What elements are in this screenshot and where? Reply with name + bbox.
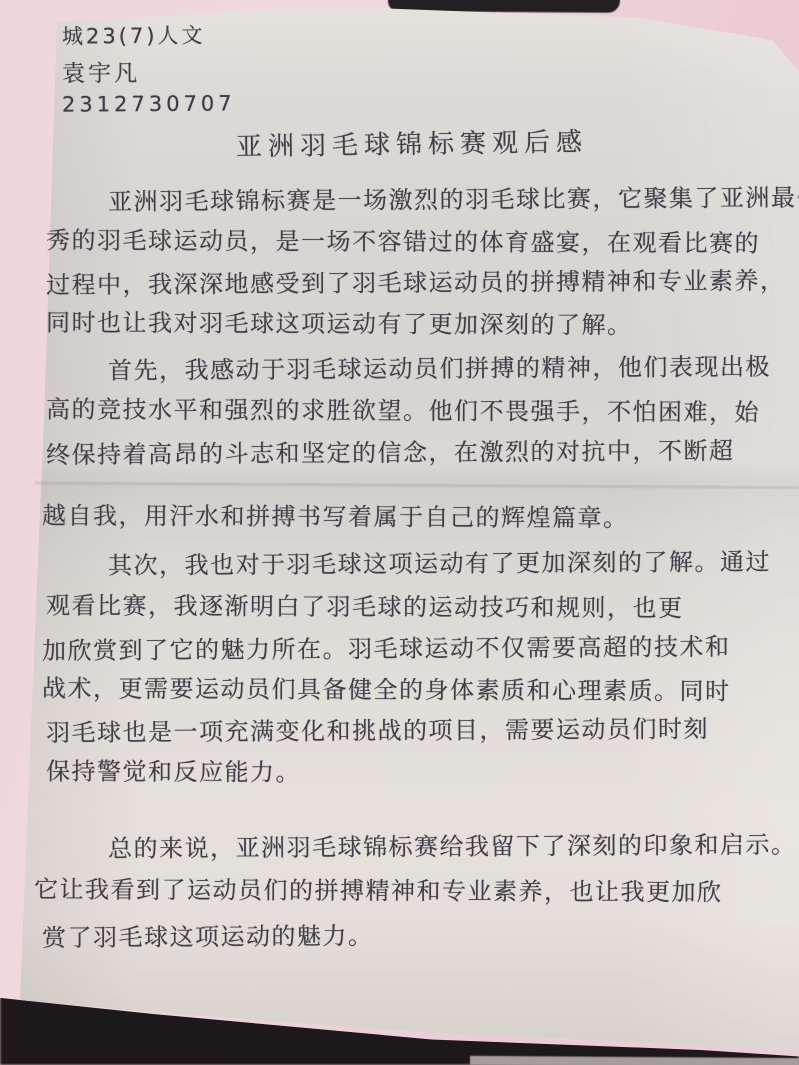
essay-title: 亚洲羽毛球锦标赛观后感: [236, 122, 588, 164]
essay-text-layer: 城23(7)人文 袁宇凡 2312730707 亚洲羽毛球锦标赛观后感 亚洲羽毛…: [0, 0, 799, 1065]
essay-line: 同时也让我对羽毛球这项运动有了更加深刻的了解。: [46, 303, 633, 341]
essay-line: 战术，更需要运动员们具备健全的身体素质和心理素质。同时: [42, 668, 731, 706]
essay-line: 加欣赏到了它的魅力所在。羽毛球运动不仅需要高超的技术和: [42, 627, 731, 666]
essay-line: 秀的羽毛球运动员，是一场不容错过的体育盛宴，在观看比赛的: [46, 220, 760, 258]
essay-line: 越自我，用汗水和拼搏书写着属于自己的辉煌篇章。: [42, 496, 629, 534]
header-student-id: 2312730707: [62, 91, 236, 116]
essay-line: 保持警觉和反应能力。: [46, 751, 301, 787]
photo-background: 城23(7)人文 袁宇凡 2312730707 亚洲羽毛球锦标赛观后感 亚洲羽毛…: [0, 0, 799, 1065]
essay-line: 它让我看到了运动员们的拼搏精神和专业素养，也让我更加欣: [34, 869, 723, 907]
essay-line: 首先，我感动于羽毛球运动员们拼搏的精神，他们表现出极: [46, 347, 771, 386]
header-author-name: 袁宇凡: [62, 55, 140, 89]
essay-line: 观看比赛，我逐渐明白了羽毛球的运动技巧和规则，也更: [46, 586, 684, 624]
header-class: 城23(7)人文: [62, 19, 206, 50]
essay-line: 羽毛球也是一项充满变化和挑战的项目，需要运动员们时刻: [46, 709, 709, 748]
essay-line: 赏了羽毛球这项运动的魅力。: [42, 916, 374, 953]
essay-line: 其次，我也对于羽毛球这项运动有了更加深刻的了解。通过: [46, 542, 771, 581]
essay-line: 总的来说，亚洲羽毛球锦标赛给我留下了深刻的印象和启示。: [46, 825, 797, 865]
essay-line: 过程中，我深深地感受到了羽毛球运动员的拼搏精神和专业素养，: [46, 261, 786, 301]
essay-line: 亚洲羽毛球锦标赛是一场激烈的羽毛球比赛，它聚集了亚洲最优: [46, 178, 799, 218]
essay-line: 高的竞技水平和强烈的求胜欲望。他们不畏强手，不怕困难，始: [46, 389, 760, 427]
essay-line: 终保持着高昂的斗志和坚定的信念，在激烈的对抗中，不断超: [46, 431, 735, 470]
